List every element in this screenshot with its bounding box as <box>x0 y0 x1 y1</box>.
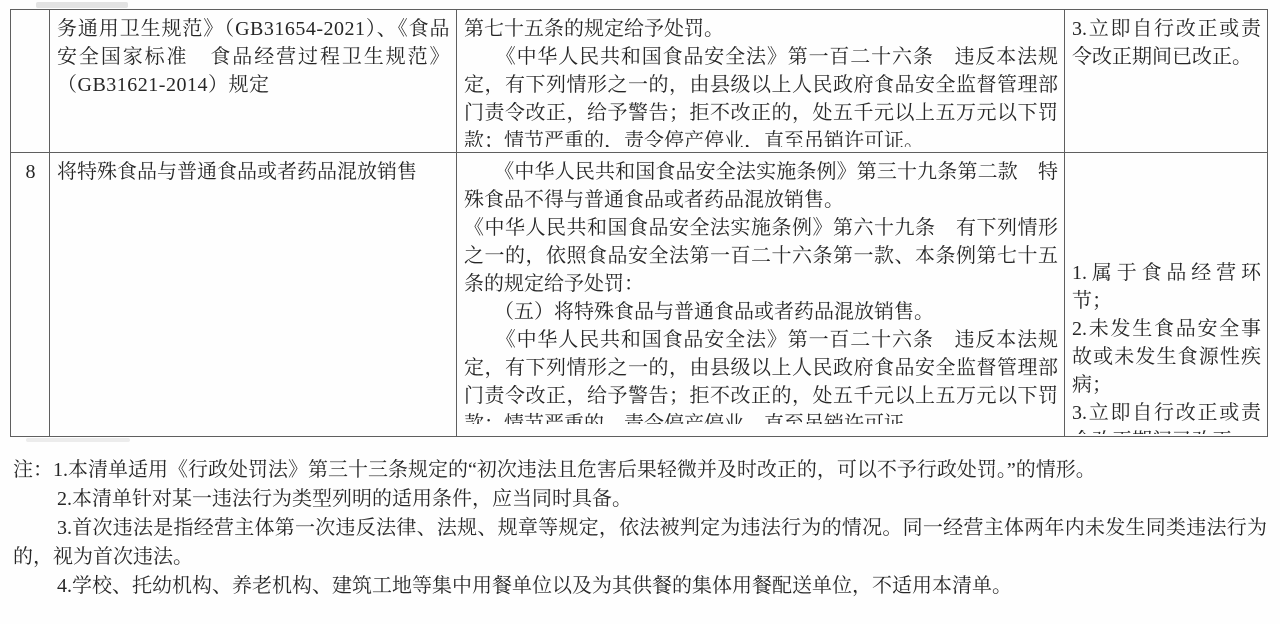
legal-paragraph: 《中华人民共和国食品安全法》第一百二十六条 违反本法规定，有下列情形之一的，由县… <box>464 43 1058 147</box>
violation-cell: 将特殊食品与普通食品或者药品混放销售 <box>50 153 457 437</box>
legal-paragraph: 《中华人民共和国食品安全法实施条例》第三十九条第二款 特殊食品不得与普通食品或者… <box>464 158 1058 214</box>
note-prefix: 注： <box>13 459 53 481</box>
document-page: 务通用卫生规范》（GB31654-2021）、《食品安全国家标准 食品经营过程卫… <box>0 0 1280 624</box>
row-number-cell: 8 <box>11 153 50 437</box>
violation-cell: 务通用卫生规范》（GB31654-2021）、《食品安全国家标准 食品经营过程卫… <box>50 10 457 153</box>
legal-paragraph: （五）将特殊食品与普通食品或者药品混放销售。 <box>464 298 1058 326</box>
legal-basis-cell: 第七十五条的规定给予处罚。 《中华人民共和国食品安全法》第一百二十六条 违反本法… <box>457 10 1065 153</box>
legal-paragraph: 《中华人民共和国食品安全法实施条例》第六十九条 有下列情形之一的，依照食品安全法… <box>464 214 1058 298</box>
condition-item: 1.属于食品经营环节； <box>1072 259 1261 315</box>
legal-paragraph: 第七十五条的规定给予处罚。 <box>464 15 1058 43</box>
condition-item: 3.立即自行改正或责令改正期间已改正。 <box>1072 15 1261 71</box>
cell-content: 务通用卫生规范》（GB31654-2021）、《食品安全国家标准 食品经营过程卫… <box>57 15 450 147</box>
conditions-cell: 3.立即自行改正或责令改正期间已改正。 <box>1065 10 1268 153</box>
table-row-8: 8 将特殊食品与普通食品或者药品混放销售 《中华人民共和国食品安全法实施条例》第… <box>11 153 1268 437</box>
table-row-continuation: 务通用卫生规范》（GB31654-2021）、《食品安全国家标准 食品经营过程卫… <box>11 10 1268 153</box>
legal-basis-cell: 《中华人民共和国食品安全法实施条例》第三十九条第二款 特殊食品不得与普通食品或者… <box>457 153 1065 437</box>
penalty-exemption-table: 务通用卫生规范》（GB31654-2021）、《食品安全国家标准 食品经营过程卫… <box>10 9 1268 437</box>
cell-content: 第七十五条的规定给予处罚。 《中华人民共和国食品安全法》第一百二十六条 违反本法… <box>464 15 1058 147</box>
cell-content: 《中华人民共和国食品安全法实施条例》第三十九条第二款 特殊食品不得与普通食品或者… <box>464 158 1058 424</box>
notes-section: 注：1.本清单适用《行政处罚法》第三十三条规定的“初次违法且危害后果轻微并及时改… <box>13 456 1267 601</box>
cell-content: 3.立即自行改正或责令改正期间已改正。 <box>1072 15 1261 147</box>
cell-content: 1.属于食品经营环节； 2.未发生食品安全事故或未发生食源性疾病； 3.立即自行… <box>1072 158 1261 434</box>
note-text: 1.本清单适用《行政处罚法》第三十三条规定的“初次违法且危害后果轻微并及时改正的… <box>53 459 1096 481</box>
violation-text: 务通用卫生规范》（GB31654-2021）、《食品安全国家标准 食品经营过程卫… <box>57 15 450 99</box>
legal-paragraph: 《中华人民共和国食品安全法》第一百二十六条 违反本法规定，有下列情形之一的，由县… <box>464 326 1058 424</box>
conditions-cell: 1.属于食品经营环节； 2.未发生食品安全事故或未发生食源性疾病； 3.立即自行… <box>1065 153 1268 437</box>
scan-artifact <box>36 2 128 8</box>
condition-item: 3.立即自行改正或责令改正期间已改正。 <box>1072 399 1261 434</box>
row-number-cell <box>11 10 50 153</box>
violation-text: 将特殊食品与普通食品或者药品混放销售 <box>57 158 450 186</box>
note-item: 3.首次违法是指经营主体第一次违反法律、法规、规章等规定，依法被判定为违法行为的… <box>13 514 1267 572</box>
note-item: 注：1.本清单适用《行政处罚法》第三十三条规定的“初次违法且危害后果轻微并及时改… <box>13 456 1267 485</box>
scan-artifact <box>26 438 130 442</box>
note-item: 4.学校、托幼机构、养老机构、建筑工地等集中用餐单位以及为其供餐的集体用餐配送单… <box>13 572 1267 601</box>
condition-item: 2.未发生食品安全事故或未发生食源性疾病； <box>1072 315 1261 399</box>
note-item: 2.本清单针对某一违法行为类型列明的适用条件，应当同时具备。 <box>13 485 1267 514</box>
